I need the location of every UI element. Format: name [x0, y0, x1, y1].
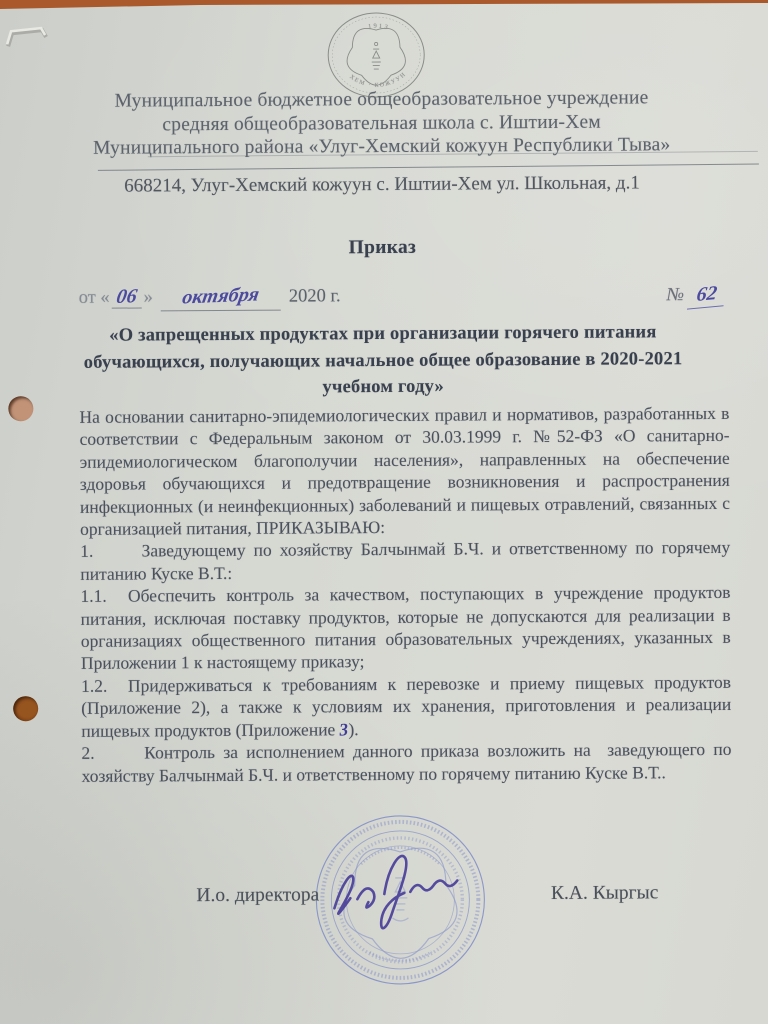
date-prefix: от: [79, 288, 96, 308]
punch-hole-bottom: [13, 696, 38, 721]
handwritten-day: 06: [115, 285, 139, 309]
letterhead-address: 668214, Улуг-Хемский кожуун с. Иштии-Хем…: [0, 172, 766, 199]
page-content: 1913 ХЕМ · КОЖУУН Муниципальное бюджетно…: [0, 0, 768, 1024]
number-label: №: [667, 285, 685, 305]
paragraph: 2. Контроль за исполнением данного прика…: [81, 738, 731, 787]
paragraph-text: 2. Контроль за исполнением данного прика…: [81, 739, 731, 785]
order-heading: Приказ: [0, 235, 766, 262]
order-title: «О запрещенных продуктах при организации…: [0, 319, 767, 403]
emblem-year: 1913: [368, 23, 391, 32]
paragraph: 1.1. Обеспечить контроль за качеством, п…: [80, 581, 731, 675]
date-close-quote: »: [144, 287, 153, 307]
letterhead: Муниципальное бюджетное общеобразователь…: [0, 86, 766, 161]
handwritten-month: октября: [181, 283, 261, 309]
handwritten-correction: 3: [339, 718, 349, 741]
paragraph-text: ).: [348, 719, 358, 739]
staple-icon: [2, 24, 54, 54]
paragraph-text: 1.2. Придерживаться к требованиям к пере…: [81, 672, 731, 741]
letterhead-line-3: Муниципального района «Улуг-Хемский кожу…: [0, 133, 766, 161]
document-page: 1913 ХЕМ · КОЖУУН Муниципальное бюджетно…: [0, 0, 768, 1024]
signer-name: К.А. Кыргыс: [551, 882, 658, 905]
paragraph-text: 1. Заведующему по хозяйству Балчынмай Б.…: [80, 537, 730, 583]
paragraph-text: На основании санитарно-эпидемиологически…: [79, 403, 730, 539]
body-paragraphs: На основании санитарно-эпидемиологически…: [79, 402, 731, 787]
letterhead-rule-lower: [98, 164, 759, 171]
order-date: от «06»октября2020 г.: [79, 284, 341, 312]
signer-role: И.о. директора: [196, 884, 319, 907]
svg-text:1913: 1913: [368, 23, 391, 32]
order-number: № 62: [667, 283, 725, 308]
paragraph: 1. Заведующему по хозяйству Балчынмай Б.…: [80, 536, 730, 585]
paragraph: На основании санитарно-эпидемиологически…: [79, 402, 730, 540]
order-meta-row: от «06»октября2020 г. № 62: [79, 282, 725, 312]
date-year: 2020 г.: [289, 286, 341, 306]
paragraph-text: 1.1. Обеспечить контроль за качеством, п…: [80, 582, 730, 673]
signature-row: И.о. директора К.А. Кыргыс: [2, 882, 768, 909]
paragraph: 1.2. Придерживаться к требованиям к пере…: [81, 671, 731, 742]
handwritten-number: 62: [687, 281, 726, 309]
date-open-quote: «: [100, 288, 109, 308]
